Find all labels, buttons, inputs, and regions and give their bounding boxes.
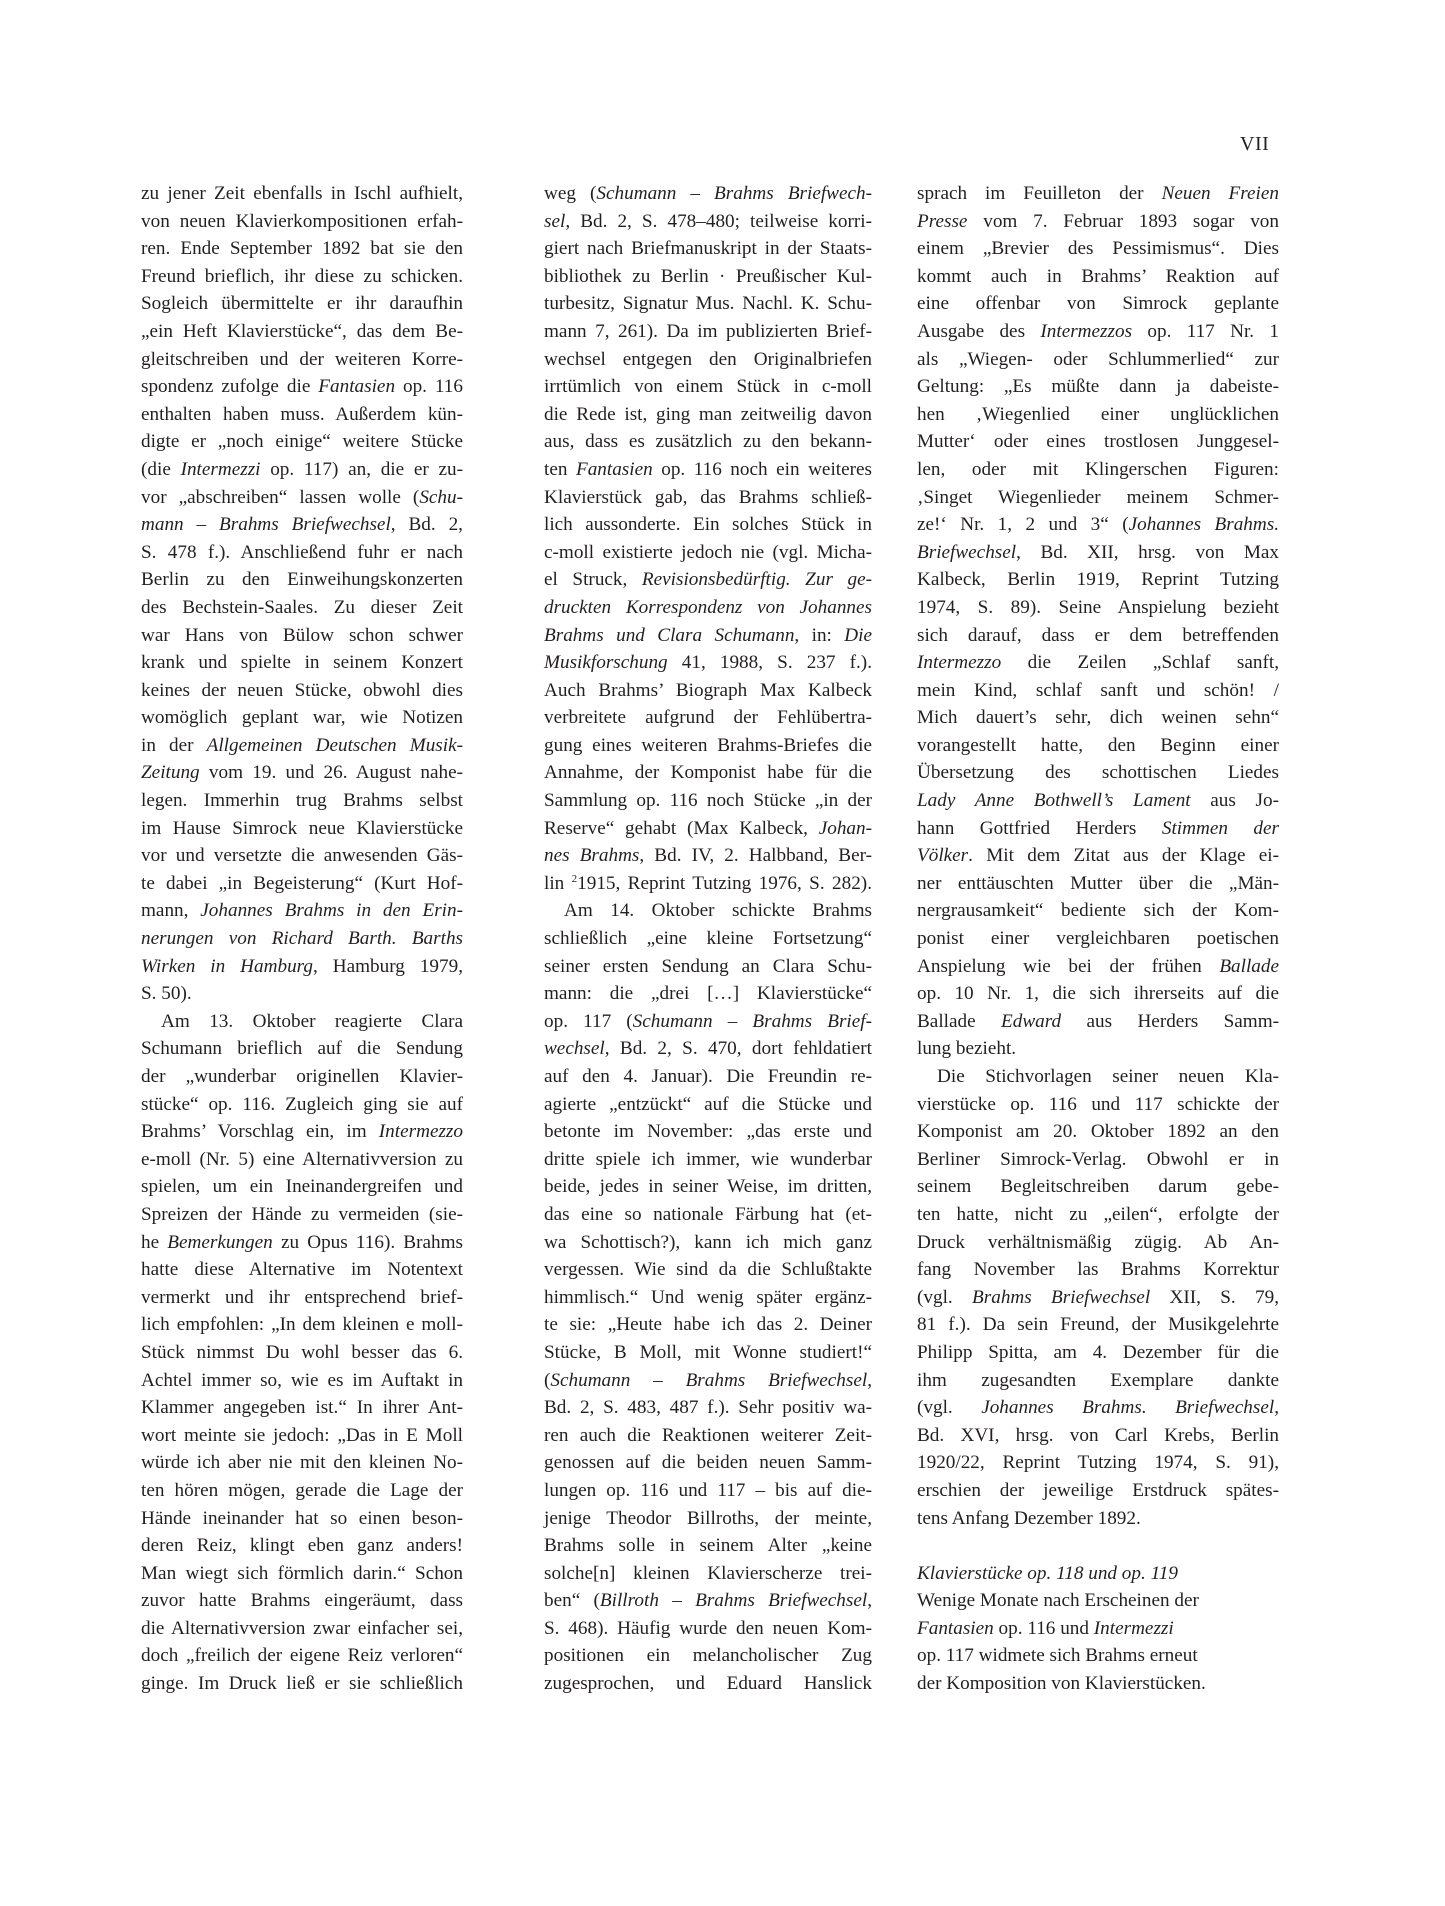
italic-text: Lady Anne Bothwell’s Lament: [917, 790, 1191, 811]
text-run: würde ich aber nie mit den kleinen No-: [141, 1452, 463, 1473]
text-run: ben“ (: [544, 1590, 600, 1611]
italic-text: Ballade: [1219, 956, 1279, 977]
text-run: enthalten haben muss. Außerdem kün-: [141, 404, 463, 425]
text-line: (vgl. Johannes Brahms. Briefwechsel,: [917, 1394, 1279, 1422]
text-line: Völker. Mit dem Zitat aus der Klage ei-: [917, 842, 1279, 870]
text-run: wort meinte sie jedoch: „Das in E Moll: [141, 1425, 463, 1446]
text-line: 81 f.). Da sein Freund, der Musikgelehrt…: [917, 1311, 1279, 1339]
text-run: giert nach Briefmanuskript in der Staats…: [544, 238, 872, 259]
text-line: einem „Brevier des Pessimismus“. Dies: [917, 235, 1279, 263]
text-line: Brahms’ Vorschlag ein, im Intermezzo: [141, 1118, 463, 1146]
text-run: vermerkt und ihr entsprechend brief-: [141, 1287, 463, 1308]
text-line: wechsel, Bd. 2, S. 470, dort fehldatiert: [544, 1035, 872, 1063]
text-line: ten hören mögen, gerade die Lage der: [141, 1477, 463, 1505]
text-line: Annahme, der Komponist habe für die: [544, 759, 872, 787]
text-run: lung bezieht.: [917, 1038, 1016, 1059]
text-line: vierstücke op. 116 und 117 schickte der: [917, 1091, 1279, 1119]
text-line: Druck verhältnismäßig zügig. Ab An-: [917, 1229, 1279, 1257]
text-run: Wenige Monate nach Erscheinen der: [917, 1590, 1199, 1611]
italic-text: Briefwechsel: [917, 542, 1016, 563]
text-run: Druck verhältnismäßig zügig. Ab An-: [917, 1232, 1279, 1253]
text-run: als „Wiegen- oder Schlummerlied“ zur: [917, 349, 1279, 370]
text-line: Wenige Monate nach Erscheinen der: [917, 1587, 1279, 1615]
text-line: spielen, um ein Ineinandergreifen und: [141, 1173, 463, 1201]
italic-text: Brahms Briefwechsel: [972, 1287, 1150, 1308]
text-run: aus Herders Samm-: [1061, 1011, 1279, 1032]
text-line: wa Schottisch?), kann ich mich ganz: [544, 1229, 872, 1257]
text-run: Sogleich übermittelte er ihr daraufhin: [141, 293, 463, 314]
text-run: op. 117) an, die er zu-: [261, 459, 464, 480]
text-run: verbreitete aufgrund der Fehlübertra-: [544, 707, 872, 728]
section-heading: Klavierstücke op. 118 und op. 119: [917, 1560, 1279, 1588]
text-line: sel, Bd. 2, S. 478–480; teilweise korri-: [544, 208, 872, 236]
italic-text: Stimmen der: [1162, 818, 1279, 839]
italic-text: Fantasien: [576, 459, 653, 480]
text-line: ren auch die Reaktionen weiterer Zeit-: [544, 1422, 872, 1450]
text-line: Die Stichvorlagen seiner neuen Kla-: [917, 1063, 1279, 1091]
text-run: Klammer angegeben ist.“ In ihrer Ant-: [141, 1397, 463, 1418]
text-line: mann – Brahms Briefwechsel, Bd. 2,: [141, 511, 463, 539]
italic-text: Allgemeinen Deutschen Musik-: [207, 735, 463, 756]
text-column-1: zu jener Zeit ebenfalls in Ischl aufhiel…: [141, 180, 463, 1698]
text-line: wort meinte sie jedoch: „Das in E Moll: [141, 1422, 463, 1450]
page-number: VII: [1240, 133, 1269, 156]
text-run: 81 f.). Da sein Freund, der Musikgelehrt…: [917, 1314, 1279, 1335]
text-line: vor und versetzte die anwesenden Gäs-: [141, 842, 463, 870]
text-run: XII, S. 79,: [1150, 1287, 1279, 1308]
text-line: Brahms solle in seinem Alter „keine: [544, 1532, 872, 1560]
text-run: op. 117 widmete sich Brahms erneut: [917, 1645, 1198, 1666]
text-line: Übersetzung des schottischen Liedes: [917, 759, 1279, 787]
text-run: dritte spiele ich immer, wie wunderbar: [544, 1149, 872, 1170]
text-run: die Rede ist, ging man zeitweilig davon: [544, 404, 872, 425]
text-line: sprach im Feuilleton der Neuen Freien: [917, 180, 1279, 208]
text-run: lungen op. 116 und 117 – bis auf die-: [544, 1480, 872, 1501]
italic-text: Völker: [917, 845, 968, 866]
text-line: in der Allgemeinen Deutschen Musik-: [141, 732, 463, 760]
text-line: Presse vom 7. Februar 1893 sogar von: [917, 208, 1279, 236]
text-line: des Bechstein-Saales. Zu dieser Zeit: [141, 594, 463, 622]
text-run: Geltung: „Es müßte dann ja dabeiste-: [917, 376, 1279, 397]
text-run: ginge. Im Druck ließ er sie schließlich: [141, 1673, 463, 1694]
text-run: op. 116 noch ein weiteres: [653, 459, 872, 480]
text-line: Lady Anne Bothwell’s Lament aus Jo-: [917, 787, 1279, 815]
text-run: Auch Brahms’ Biograph Max Kalbeck: [544, 680, 872, 701]
text-line: Wirken in Hamburg, Hamburg 1979,: [141, 953, 463, 981]
italic-text: Fantasien: [917, 1618, 994, 1639]
text-run: legen. Immerhin trug Brahms selbst: [141, 790, 463, 811]
text-run: 41, 1988, S. 237 f.).: [668, 652, 872, 673]
text-run: doch „freilich der eigene Reiz verloren“: [141, 1645, 463, 1666]
italic-text: mann – Brahms Briefwechsel: [141, 514, 391, 535]
text-line: (die Intermezzi op. 117) an, die er zu-: [141, 456, 463, 484]
text-line: weg (Schumann – Brahms Briefwech-: [544, 180, 872, 208]
text-line: mein Kind, schlaf sanft und schön! /: [917, 677, 1279, 705]
text-line: Zeitung vom 19. und 26. August nahe-: [141, 759, 463, 787]
text-run: hann Gottfried Herders: [917, 818, 1162, 839]
text-run: des Bechstein-Saales. Zu dieser Zeit: [141, 597, 463, 618]
text-run: c-moll existierte jedoch nie (vgl. Micha…: [544, 542, 872, 563]
text-line: S. 468). Häufig wurde den neuen Kom-: [544, 1615, 872, 1643]
italic-text: Schumann – Brahms Brief-: [633, 1011, 872, 1032]
text-run: keines der neuen Stücke, obwohl dies: [141, 680, 463, 701]
text-run: zu Opus 116). Brahms: [273, 1232, 463, 1253]
text-line: positionen ein melancholischer Zug: [544, 1642, 872, 1670]
text-column-2: weg (Schumann – Brahms Briefwech-sel, Bd…: [544, 180, 872, 1698]
italic-text: Johannes Brahms.: [1129, 514, 1279, 535]
text-run: gung eines weiteren Brahms-Briefes die: [544, 735, 872, 756]
text-run: weg (: [544, 183, 596, 204]
text-run: Bd. 2, S. 483, 487 f.). Sehr positiv wa-: [544, 1397, 872, 1418]
text-line: der Komposition von Klavierstücken.: [917, 1670, 1279, 1698]
text-run: der „wunderbar originellen Klavier-: [141, 1066, 463, 1087]
text-run: wechsel entgegen den Originalbriefen: [544, 349, 872, 370]
text-run: Spreizen der Hände zu vermeiden (sie-: [141, 1204, 463, 1225]
text-line: krank und spielte in seinem Konzert: [141, 649, 463, 677]
text-line: lungen op. 116 und 117 – bis auf die-: [544, 1477, 872, 1505]
text-line: mann: die „drei […] Klavierstücke“: [544, 980, 872, 1008]
text-run: Ballade: [917, 1011, 1001, 1032]
text-line: Komponist am 20. Oktober 1892 an den: [917, 1118, 1279, 1146]
text-run: vierstücke op. 116 und 117 schickte der: [917, 1094, 1279, 1115]
text-line: auf den 4. Januar). Die Freundin re-: [544, 1063, 872, 1091]
text-line: würde ich aber nie mit den kleinen No-: [141, 1449, 463, 1477]
text-run: krank und spielte in seinem Konzert: [141, 652, 463, 673]
text-column-3: sprach im Feuilleton der Neuen FreienPre…: [917, 180, 1279, 1698]
text-line: wechsel entgegen den Originalbriefen: [544, 346, 872, 374]
text-run: hen ‚Wiegenlied einer unglücklichen: [917, 404, 1279, 425]
text-run: jenige Theodor Billroths, der meinte,: [544, 1508, 872, 1529]
text-run: , Bd. IV, 2. Halbband, Ber-: [639, 845, 872, 866]
text-run: „ein Heft Klavierstücke“, das dem Be-: [141, 321, 463, 342]
text-run: he: [141, 1232, 167, 1253]
italic-text: wechsel: [544, 1038, 605, 1059]
text-run: mann 7, 261). Da im publizierten Brief-: [544, 321, 872, 342]
text-line: Klavierstück gab, das Brahms schließ-: [544, 484, 872, 512]
text-line: jenige Theodor Billroths, der meinte,: [544, 1505, 872, 1533]
text-run: lich empfohlen: „In dem kleinen e moll-: [141, 1314, 463, 1335]
text-line: ten hatte, nicht zu „eilen“, erfolgte de…: [917, 1201, 1279, 1229]
text-run: beide, jedes in seiner Weise, im dritten…: [544, 1176, 872, 1197]
text-run: . Mit dem Zitat aus der Klage ei-: [968, 845, 1279, 866]
italic-text: Intermezzo: [379, 1121, 463, 1142]
text-line: S. 50).: [141, 980, 463, 1008]
text-line: vor „abschreiben“ lassen wolle (Schu-: [141, 484, 463, 512]
text-line: lung bezieht.: [917, 1035, 1279, 1063]
text-line: ze!‘ Nr. 1, 2 und 3“ (Johannes Brahms.: [917, 511, 1279, 539]
text-line: Berlin zu den Einweihungskonzerten: [141, 566, 463, 594]
text-run: lich aussonderte. Ein solches Stück in: [544, 514, 872, 535]
text-run: len, oder mit Klingerschen Figuren:: [917, 459, 1279, 480]
text-run: , in:: [794, 625, 844, 646]
text-line: Musikforschung 41, 1988, S. 237 f.).: [544, 649, 872, 677]
text-line: 1920/22, Reprint Tutzing 1974, S. 91),: [917, 1449, 1279, 1477]
text-line: Schumann brieflich auf die Sendung: [141, 1035, 463, 1063]
text-run: e-moll (Nr. 5) eine Alternativversion zu: [141, 1149, 463, 1170]
italic-text: Johannes Brahms in den Erin-: [200, 900, 463, 921]
text-run: erschien der jeweilige Erstdruck spätes-: [917, 1480, 1279, 1501]
text-line: Ausgabe des Intermezzos op. 117 Nr. 1: [917, 318, 1279, 346]
text-line: hen ‚Wiegenlied einer unglücklichen: [917, 401, 1279, 429]
text-run: genossen auf die beiden neuen Samm-: [544, 1452, 872, 1473]
text-line: el Struck, Revisionsbedürftig. Zur ge-: [544, 566, 872, 594]
text-run: turbesitz, Signatur Mus. Nachl. K. Schu-: [544, 293, 872, 314]
text-line: ginge. Im Druck ließ er sie schließlich: [141, 1670, 463, 1698]
text-run: te dabei „in Begeisterung“ (Kurt Hof-: [141, 873, 463, 894]
italic-text: Fantasien: [318, 376, 395, 397]
text-line: S. 478 f.). Anschließend fuhr er nach: [141, 539, 463, 567]
italic-text: Revisionsbedürftig. Zur ge-: [642, 569, 872, 590]
text-run: agierte „entzückt“ auf die Stücke und: [544, 1094, 872, 1115]
text-run: op. 10 Nr. 1, die sich ihrerseits auf di…: [917, 983, 1279, 1004]
italic-text: nes Brahms: [544, 845, 639, 866]
text-line: Geltung: „Es müßte dann ja dabeiste-: [917, 373, 1279, 401]
text-line: op. 10 Nr. 1, die sich ihrerseits auf di…: [917, 980, 1279, 1008]
text-run: Man wiegt sich förmlich darin.“ Schon: [141, 1563, 463, 1584]
text-run: Komponist am 20. Oktober 1892 an den: [917, 1121, 1279, 1142]
text-run: Stücke, B Moll, mit Wonne studiert!“: [544, 1342, 872, 1363]
text-run: , Hamburg 1979,: [313, 956, 463, 977]
text-run: eine offenbar von Simrock geplante: [917, 293, 1279, 314]
text-line: te sie: „Heute habe ich das 2. Deiner: [544, 1311, 872, 1339]
text-run: , Bd. XII, hrsg. von Max: [1016, 542, 1279, 563]
text-line: fang November las Brahms Korrektur: [917, 1256, 1279, 1284]
text-line: Ballade Edward aus Herders Samm-: [917, 1008, 1279, 1036]
text-line: der „wunderbar originellen Klavier-: [141, 1063, 463, 1091]
text-line: von neuen Klavierkompositionen erfah-: [141, 208, 463, 236]
italic-text: Die: [844, 625, 872, 646]
text-line: Bd. 2, S. 483, 487 f.). Sehr positiv wa-: [544, 1394, 872, 1422]
italic-text: Edward: [1001, 1011, 1061, 1032]
text-line: irrtümlich von einem Stück in c-moll: [544, 373, 872, 401]
italic-text: Intermezzo: [917, 652, 1001, 673]
text-run: die Zeilen „Schlaf sanft,: [1001, 652, 1279, 673]
text-line: solche[n] kleinen Klavierscherze trei-: [544, 1560, 872, 1588]
text-line: zugesprochen, und Eduard Hanslick: [544, 1670, 872, 1698]
text-line: Am 14. Oktober schickte Brahms: [544, 897, 872, 925]
text-run: aus Jo-: [1191, 790, 1279, 811]
text-line: Berliner Simrock-Verlag. Obwohl er in: [917, 1146, 1279, 1174]
text-run: el Struck,: [544, 569, 642, 590]
text-line: Brahms und Clara Schumann, in: Die: [544, 622, 872, 650]
text-run: ponist einer vergleichbaren poetischen: [917, 928, 1279, 949]
text-run: schließlich „eine kleine Fortsetzung“: [544, 928, 872, 949]
text-line: Sogleich übermittelte er ihr daraufhin: [141, 290, 463, 318]
text-run: , Bd. 2,: [391, 514, 463, 535]
text-run: tens Anfang Dezember 1892.: [917, 1508, 1141, 1529]
text-line: Mich dauert’s sehr, dich weinen sehn“: [917, 704, 1279, 732]
text-run: irrtümlich von einem Stück in c-moll: [544, 376, 872, 397]
text-line: gung eines weiteren Brahms-Briefes die: [544, 732, 872, 760]
text-run: te sie: „Heute habe ich das 2. Deiner: [544, 1314, 872, 1335]
italic-text: Billroth – Brahms Briefwechsel: [600, 1590, 867, 1611]
text-line: nerungen von Richard Barth. Barths: [141, 925, 463, 953]
text-line: tens Anfang Dezember 1892.: [917, 1505, 1279, 1533]
text-run: op. 117 (: [544, 1011, 633, 1032]
italic-text: druckten Korrespondenz von Johannes: [544, 597, 872, 618]
text-run: mein Kind, schlaf sanft und schön! /: [917, 680, 1279, 701]
italic-text: Intermezzi: [181, 459, 261, 480]
italic-text: Wirken in Hamburg: [141, 956, 313, 977]
italic-text: Zeitung: [141, 762, 200, 783]
text-line: eine offenbar von Simrock geplante: [917, 290, 1279, 318]
text-run: spielen, um ein Ineinandergreifen und: [141, 1176, 463, 1197]
text-line: im Hause Simrock neue Klavierstücke: [141, 815, 463, 843]
text-line: enthalten haben muss. Außerdem kün-: [141, 401, 463, 429]
text-line: turbesitz, Signatur Mus. Nachl. K. Schu-: [544, 290, 872, 318]
text-run: vor und versetzte die anwesenden Gäs-: [141, 845, 463, 866]
text-line: doch „freilich der eigene Reiz verloren“: [141, 1642, 463, 1670]
italic-text: Schumann – Brahms Briefwech-: [596, 183, 872, 204]
text-line: seiner ersten Sendung an Clara Schu-: [544, 953, 872, 981]
text-run: digte er „noch einige“ weitere Stücke: [141, 431, 463, 452]
italic-text: Johan-: [819, 818, 872, 839]
text-run: sich darauf, dass er dem betreffenden: [917, 625, 1279, 646]
text-line: Freund brieflich, ihr diese zu schicken.: [141, 263, 463, 291]
text-run: Sammlung op. 116 noch Stücke „in der: [544, 790, 872, 811]
text-run: himmlisch.“ Und wenig später ergänz-: [544, 1287, 872, 1308]
text-line: mann 7, 261). Da im publizierten Brief-: [544, 318, 872, 346]
text-line: Intermezzo die Zeilen „Schlaf sanft,: [917, 649, 1279, 677]
text-run: ten hören mögen, gerade die Lage der: [141, 1480, 463, 1501]
text-line: lin 21915, Reprint Tutzing 1976, S. 282)…: [544, 870, 872, 898]
text-run: vom 19. und 26. August nahe-: [200, 762, 463, 783]
text-run: zuvor hatte Brahms eingeräumt, dass: [141, 1590, 463, 1611]
text-line: aus, dass es zusätzlich zu den bekann-: [544, 428, 872, 456]
text-line: 1974, S. 89). Seine Anspielung bezieht: [917, 594, 1279, 622]
text-line: kommt auch in Brahms’ Reaktion auf: [917, 263, 1279, 291]
text-run: ren. Ende September 1892 bat sie den: [141, 238, 463, 259]
text-line: schließlich „eine kleine Fortsetzung“: [544, 925, 872, 953]
text-line: himmlisch.“ Und wenig später ergänz-: [544, 1284, 872, 1312]
text-line: bibliothek zu Berlin · Preußischer Kul-: [544, 263, 872, 291]
text-run: aus, dass es zusätzlich zu den bekann-: [544, 431, 872, 452]
text-line: zuvor hatte Brahms eingeräumt, dass: [141, 1587, 463, 1615]
text-run: op. 116 und: [994, 1618, 1094, 1639]
text-run: seiner ersten Sendung an Clara Schu-: [544, 956, 872, 977]
text-line: ben“ (Billroth – Brahms Briefwechsel,: [544, 1587, 872, 1615]
text-run: ,: [867, 1370, 872, 1391]
text-run: vor „abschreiben“ lassen wolle (: [141, 487, 419, 508]
text-run: lin: [544, 873, 572, 894]
text-line: vergessen. Wie sind da die Schlußtakte: [544, 1256, 872, 1284]
text-line: womöglich geplant war, wie Notizen: [141, 704, 463, 732]
text-run: 1974, S. 89). Seine Anspielung bezieht: [917, 597, 1279, 618]
text-line: deren Reiz, klingt eben ganz anders!: [141, 1532, 463, 1560]
text-run: ren auch die Reaktionen weiterer Zeit-: [544, 1425, 872, 1446]
text-line: ponist einer vergleichbaren poetischen: [917, 925, 1279, 953]
text-line: Spreizen der Hände zu vermeiden (sie-: [141, 1201, 463, 1229]
text-line: Auch Brahms’ Biograph Max Kalbeck: [544, 677, 872, 705]
text-run: das eine so nationale Färbung hat (et-: [544, 1204, 872, 1225]
text-run: (vgl.: [917, 1287, 972, 1308]
text-line: die Rede ist, ging man zeitweilig davon: [544, 401, 872, 429]
text-line: war Hans von Bülow schon schwer: [141, 622, 463, 650]
text-line: hatte diese Alternative im Notentext: [141, 1256, 463, 1284]
text-run: Ausgabe des: [917, 321, 1040, 342]
text-line: Reserve“ gehabt (Max Kalbeck, Johan-: [544, 815, 872, 843]
text-run: von neuen Klavierkompositionen erfah-: [141, 211, 463, 232]
text-run: Bd. XVI, hrsg. von Carl Krebs, Berlin: [917, 1425, 1279, 1446]
text-run: ner enttäuschten Mutter über die „Män-: [917, 873, 1279, 894]
text-run: einem „Brevier des Pessimismus“. Dies: [917, 238, 1279, 259]
text-run: ihm zugesandten Exemplare dankte: [917, 1370, 1279, 1391]
text-line: betonte im November: „das erste und: [544, 1118, 872, 1146]
text-run: solche[n] kleinen Klavierscherze trei-: [544, 1563, 872, 1584]
text-run: Berlin zu den Einweihungskonzerten: [141, 569, 463, 590]
text-line: Fantasien op. 116 und Intermezzi: [917, 1615, 1279, 1643]
italic-text: Presse: [917, 211, 967, 232]
text-line: op. 117 (Schumann – Brahms Brief-: [544, 1008, 872, 1036]
text-line: lich aussonderte. Ein solches Stück in: [544, 511, 872, 539]
text-line: Achtel immer so, wie es im Auftakt in: [141, 1367, 463, 1395]
text-run: Die Stichvorlagen seiner neuen Kla-: [937, 1066, 1279, 1087]
text-run: womöglich geplant war, wie Notizen: [141, 707, 463, 728]
italic-text: Bemerkungen: [167, 1232, 273, 1253]
text-line: Kalbeck, Berlin 1919, Reprint Tutzing: [917, 566, 1279, 594]
text-run: op. 116: [395, 376, 463, 397]
text-run: spondenz zufolge die: [141, 376, 318, 397]
text-line: zu jener Zeit ebenfalls in Ischl aufhiel…: [141, 180, 463, 208]
text-line: ten Fantasien op. 116 noch ein weiteres: [544, 456, 872, 484]
text-line: Mutter‘ oder eines trostlosen Junggesel-: [917, 428, 1279, 456]
text-line: len, oder mit Klingerschen Figuren:: [917, 456, 1279, 484]
text-line: Klammer angegeben ist.“ In ihrer Ant-: [141, 1394, 463, 1422]
text-run: stücke“ op. 116. Zugleich ging sie auf: [141, 1094, 463, 1115]
text-run: Am 14. Oktober schickte Brahms: [564, 900, 872, 921]
text-line: he Bemerkungen zu Opus 116). Brahms: [141, 1229, 463, 1257]
italic-text: Intermezzi: [1094, 1618, 1174, 1639]
italic-text: Klavierstücke op. 118 und op. 119: [917, 1563, 1178, 1584]
text-line: gleitschreiben und der weiteren Korre-: [141, 346, 463, 374]
text-line: mann, Johannes Brahms in den Erin-: [141, 897, 463, 925]
text-line: (Schumann – Brahms Briefwechsel,: [544, 1367, 872, 1395]
text-run: Philipp Spitta, am 4. Dezember für die: [917, 1342, 1279, 1363]
text-run: Stück nimmst Du wohl besser das 6.: [141, 1342, 463, 1363]
text-line: verbreitete aufgrund der Fehlübertra-: [544, 704, 872, 732]
text-line: (vgl. Brahms Briefwechsel XII, S. 79,: [917, 1284, 1279, 1312]
text-line: erschien der jeweilige Erstdruck spätes-: [917, 1477, 1279, 1505]
text-run: , Bd. 2, S. 478–480; teilweise korri-: [565, 211, 872, 232]
italic-text: Brahms und Clara Schumann: [544, 625, 794, 646]
text-run: war Hans von Bülow schon schwer: [141, 625, 463, 646]
text-line: die Alternativversion zwar einfacher sei…: [141, 1615, 463, 1643]
text-line: Stücke, B Moll, mit Wonne studiert!“: [544, 1339, 872, 1367]
text-run: S. 50).: [141, 983, 192, 1004]
text-line: giert nach Briefmanuskript in der Staats…: [544, 235, 872, 263]
text-run: sprach im Feuilleton der: [917, 183, 1162, 204]
text-line: digte er „noch einige“ weitere Stücke: [141, 428, 463, 456]
text-run: Brahms solle in seinem Alter „keine: [544, 1535, 872, 1556]
text-run: mann,: [141, 900, 200, 921]
text-run: Übersetzung des schottischen Liedes: [917, 762, 1279, 783]
text-line: dritte spiele ich immer, wie wunderbar: [544, 1146, 872, 1174]
text-run: vorangestellt hatte, den Beginn einer: [917, 735, 1279, 756]
text-run: zu jener Zeit ebenfalls in Ischl aufhiel…: [141, 183, 463, 204]
text-run: ,: [867, 1590, 872, 1611]
italic-text: Schu-: [419, 487, 463, 508]
text-line: stücke“ op. 116. Zugleich ging sie auf: [141, 1091, 463, 1119]
text-run: Mutter‘ oder eines trostlosen Junggesel-: [917, 431, 1279, 452]
text-line: ner enttäuschten Mutter über die „Män-: [917, 870, 1279, 898]
text-line: vorangestellt hatte, den Beginn einer: [917, 732, 1279, 760]
text-run: Reserve“ gehabt (Max Kalbeck,: [544, 818, 819, 839]
text-line: Am 13. Oktober reagierte Clara: [141, 1008, 463, 1036]
text-line: e-moll (Nr. 5) eine Alternativversion zu: [141, 1146, 463, 1174]
text-run: (vgl.: [917, 1397, 981, 1418]
text-run: kommt auch in Brahms’ Reaktion auf: [917, 266, 1279, 287]
italic-text: Schumann – Brahms Briefwechsel: [550, 1370, 867, 1391]
